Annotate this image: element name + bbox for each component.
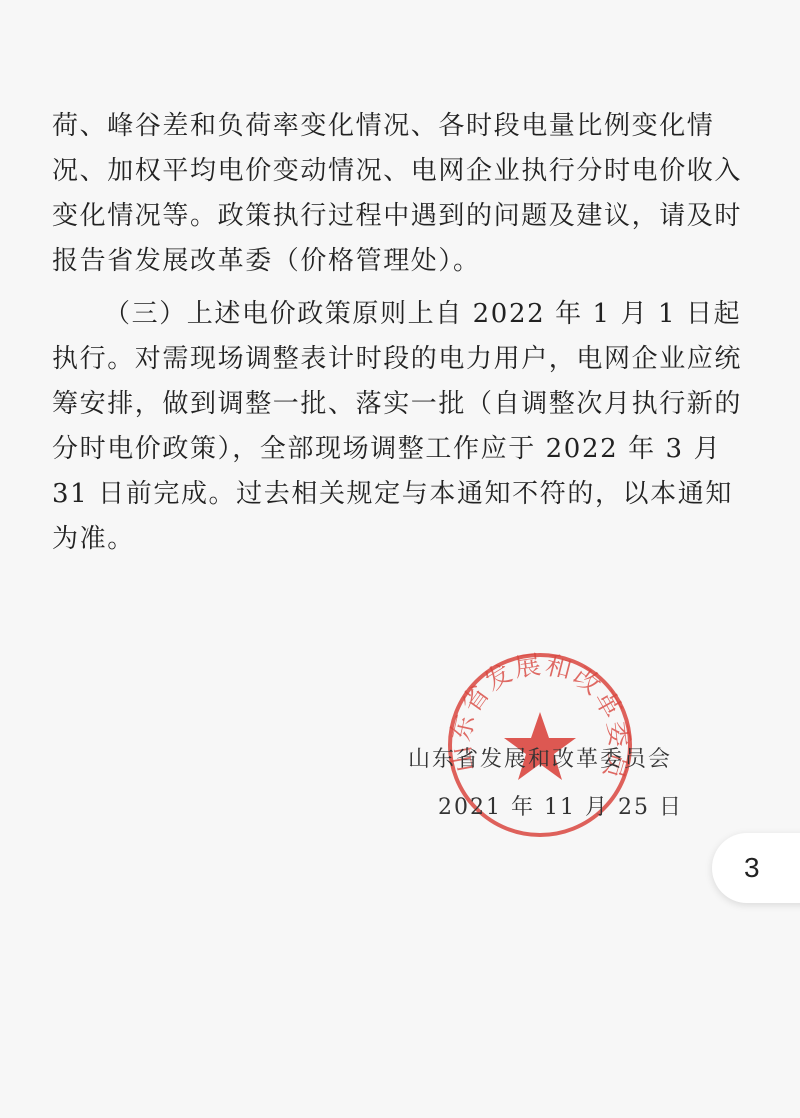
signing-date: 2021 年 11 月 25 日 — [438, 790, 683, 821]
paragraph-2: （三）上述电价政策原则上自 2022 年 1 月 1 日起执行。对需现场调整表计… — [52, 292, 752, 562]
document-page: 荷、峰谷差和负荷率变化情况、各时段电量比例变化情况、加权平均电价变动情况、电网企… — [0, 0, 800, 1118]
paragraph-1: 荷、峰谷差和负荷率变化情况、各时段电量比例变化情况、加权平均电价变动情况、电网企… — [52, 104, 752, 284]
signing-organization: 山东省发展和改革委员会 — [408, 742, 672, 773]
page-number: 3 — [744, 852, 760, 884]
page-number-badge[interactable]: 3 — [712, 833, 800, 903]
